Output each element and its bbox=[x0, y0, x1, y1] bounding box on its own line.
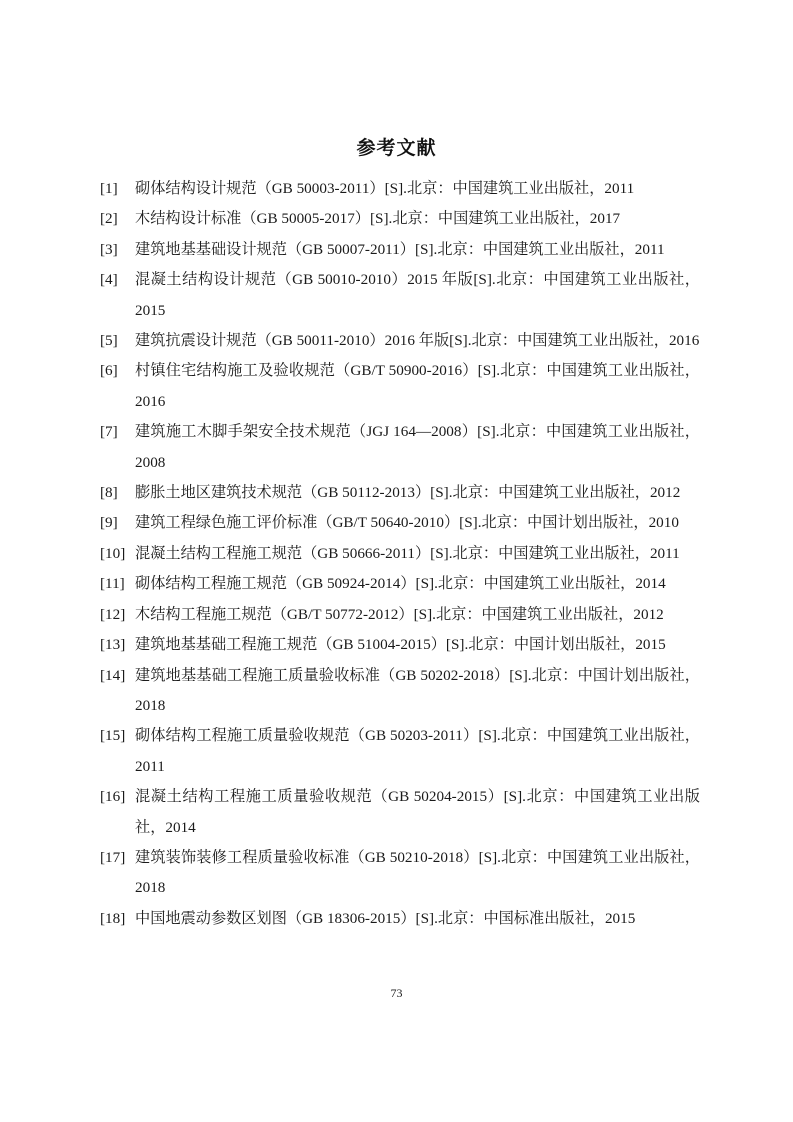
reference-item: [6] 村镇住宅结构施工及验收规范（GB/T 50900-2016）[S].北京… bbox=[100, 356, 700, 417]
reference-text: 建筑工程绿色施工评价标准（GB/T 50640-2010）[S].北京：中国计划… bbox=[135, 508, 700, 538]
reference-text: 建筑地基基础设计规范（GB 50007-2011）[S].北京：中国建筑工业出版… bbox=[135, 235, 700, 265]
reference-item: [1] 砌体结构设计规范（GB 50003-2011）[S].北京：中国建筑工业… bbox=[100, 174, 700, 204]
reference-item: [16] 混凝土结构工程施工质量验收规范（GB 50204-2015）[S].北… bbox=[100, 782, 700, 843]
page-number: 73 bbox=[0, 986, 793, 1001]
reference-item: [7] 建筑施工木脚手架安全技术规范（JGJ 164—2008）[S].北京：中… bbox=[100, 417, 700, 478]
reference-text: 木结构工程施工规范（GB/T 50772-2012）[S].北京：中国建筑工业出… bbox=[135, 600, 700, 630]
reference-item: [11] 砌体结构工程施工规范（GB 50924-2014）[S].北京：中国建… bbox=[100, 569, 700, 599]
reference-number: [9] bbox=[100, 508, 118, 538]
reference-item: [18] 中国地震动参数区划图（GB 18306-2015）[S].北京：中国标… bbox=[100, 904, 700, 934]
reference-number: [5] bbox=[100, 326, 118, 356]
reference-text: 砌体结构工程施工质量验收规范（GB 50203-2011）[S].北京：中国建筑… bbox=[135, 721, 700, 782]
reference-item: [13] 建筑地基基础工程施工规范（GB 51004-2015）[S].北京：中… bbox=[100, 630, 700, 660]
reference-text: 混凝土结构设计规范（GB 50010-2010）2015 年版[S].北京：中国… bbox=[135, 265, 700, 326]
reference-number: [15] bbox=[100, 721, 125, 751]
document-page: 参考文献 [1] 砌体结构设计规范（GB 50003-2011）[S].北京：中… bbox=[0, 0, 793, 1122]
reference-number: [18] bbox=[100, 904, 125, 934]
reference-number: [8] bbox=[100, 478, 118, 508]
reference-text: 混凝土结构工程施工质量验收规范（GB 50204-2015）[S].北京：中国建… bbox=[135, 782, 700, 843]
reference-text: 中国地震动参数区划图（GB 18306-2015）[S].北京：中国标准出版社，… bbox=[135, 904, 700, 934]
reference-number: [4] bbox=[100, 265, 118, 295]
reference-number: [10] bbox=[100, 539, 125, 569]
reference-number: [3] bbox=[100, 235, 118, 265]
reference-text: 建筑抗震设计规范（GB 50011-2010）2016 年版[S].北京：中国建… bbox=[135, 326, 700, 356]
reference-list: [1] 砌体结构设计规范（GB 50003-2011）[S].北京：中国建筑工业… bbox=[100, 174, 700, 934]
reference-item: [14] 建筑地基基础工程施工质量验收标准（GB 50202-2018）[S].… bbox=[100, 661, 700, 722]
reference-number: [1] bbox=[100, 174, 118, 204]
reference-text: 建筑施工木脚手架安全技术规范（JGJ 164—2008）[S].北京：中国建筑工… bbox=[135, 417, 700, 478]
reference-text: 混凝土结构工程施工规范（GB 50666-2011）[S].北京：中国建筑工业出… bbox=[135, 539, 700, 569]
reference-number: [12] bbox=[100, 600, 125, 630]
reference-text: 村镇住宅结构施工及验收规范（GB/T 50900-2016）[S].北京：中国建… bbox=[135, 356, 700, 417]
reference-item: [15] 砌体结构工程施工质量验收规范（GB 50203-2011）[S].北京… bbox=[100, 721, 700, 782]
reference-number: [16] bbox=[100, 782, 125, 812]
reference-text: 建筑地基基础工程施工质量验收标准（GB 50202-2018）[S].北京：中国… bbox=[135, 661, 700, 722]
reference-text: 木结构设计标准（GB 50005-2017）[S].北京：中国建筑工业出版社，2… bbox=[135, 204, 700, 234]
page-title: 参考文献 bbox=[0, 133, 793, 160]
reference-item: [10] 混凝土结构工程施工规范（GB 50666-2011）[S].北京：中国… bbox=[100, 539, 700, 569]
reference-item: [12] 木结构工程施工规范（GB/T 50772-2012）[S].北京：中国… bbox=[100, 600, 700, 630]
reference-item: [5] 建筑抗震设计规范（GB 50011-2010）2016 年版[S].北京… bbox=[100, 326, 700, 356]
reference-number: [7] bbox=[100, 417, 118, 447]
reference-item: [9] 建筑工程绿色施工评价标准（GB/T 50640-2010）[S].北京：… bbox=[100, 508, 700, 538]
reference-item: [4] 混凝土结构设计规范（GB 50010-2010）2015 年版[S].北… bbox=[100, 265, 700, 326]
reference-text: 膨胀土地区建筑技术规范（GB 50112-2013）[S].北京：中国建筑工业出… bbox=[135, 478, 700, 508]
reference-number: [6] bbox=[100, 356, 118, 386]
reference-number: [14] bbox=[100, 661, 125, 691]
reference-text: 建筑装饰装修工程质量验收标准（GB 50210-2018）[S].北京：中国建筑… bbox=[135, 843, 700, 904]
reference-text: 建筑地基基础工程施工规范（GB 51004-2015）[S].北京：中国计划出版… bbox=[135, 630, 700, 660]
reference-item: [8] 膨胀土地区建筑技术规范（GB 50112-2013）[S].北京：中国建… bbox=[100, 478, 700, 508]
reference-number: [13] bbox=[100, 630, 125, 660]
reference-number: [11] bbox=[100, 569, 125, 599]
reference-item: [17] 建筑装饰装修工程质量验收标准（GB 50210-2018）[S].北京… bbox=[100, 843, 700, 904]
reference-number: [17] bbox=[100, 843, 125, 873]
reference-text: 砌体结构设计规范（GB 50003-2011）[S].北京：中国建筑工业出版社，… bbox=[135, 174, 700, 204]
reference-item: [2] 木结构设计标准（GB 50005-2017）[S].北京：中国建筑工业出… bbox=[100, 204, 700, 234]
reference-item: [3] 建筑地基基础设计规范（GB 50007-2011）[S].北京：中国建筑… bbox=[100, 235, 700, 265]
reference-number: [2] bbox=[100, 204, 118, 234]
reference-text: 砌体结构工程施工规范（GB 50924-2014）[S].北京：中国建筑工业出版… bbox=[135, 569, 700, 599]
